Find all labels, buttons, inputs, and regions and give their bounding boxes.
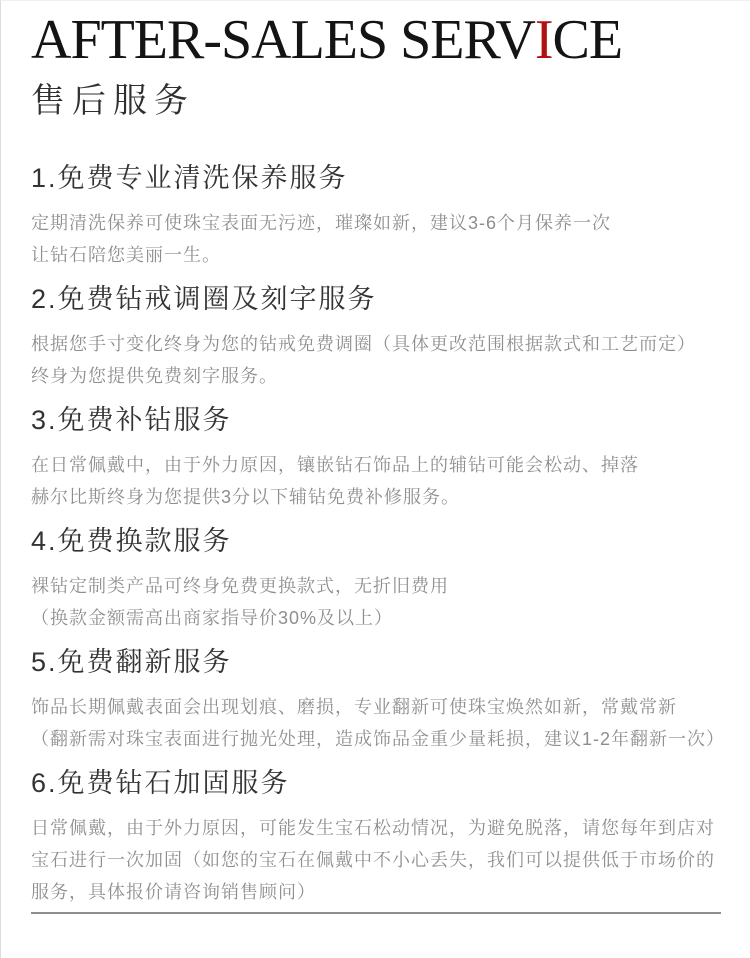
service-section-1: 1.免费专业清洗保养服务 定期清洗保养可使珠宝表面无污迹，璀璨如新，建议3-6个… xyxy=(31,163,720,271)
section-body-line: 在日常佩戴中，由于外力原因，镶嵌钻石饰品上的辅钻可能会松动、掉落 xyxy=(31,449,720,481)
section-body-line: 赫尔比斯终身为您提供3分以下辅钻免费补修服务。 xyxy=(31,481,720,513)
service-section-2: 2.免费钻戒调圈及刻字服务 根据您手寸变化终身为您的钻戒免费调圈（具体更改范围根… xyxy=(31,284,720,392)
section-body-line: 日常佩戴，由于外力原因，可能发生宝石松动情况，为避免脱落，请您每年到店对 xyxy=(31,812,720,844)
after-sales-service-page: AFTER-SALES SERVICE 售后服务 1.免费专业清洗保养服务 定期… xyxy=(0,0,750,958)
section-heading: 1.免费专业清洗保养服务 xyxy=(31,163,720,193)
service-section-6: 6.免费钻石加固服务 日常佩戴，由于外力原因，可能发生宝石松动情况，为避免脱落，… xyxy=(31,768,720,908)
section-body-line: （翻新需对珠宝表面进行抛光处理，造成饰品金重少量耗损，建议1-2年翻新一次） xyxy=(31,723,720,755)
section-heading: 4.免费换款服务 xyxy=(31,526,720,556)
section-body-line: （换款金额需高出商家指导价30%及以上） xyxy=(31,602,720,634)
service-section-4: 4.免费换款服务 裸钻定制类产品可终身免费更换款式，无折旧费用 （换款金额需高出… xyxy=(31,526,720,634)
section-heading: 5.免费翻新服务 xyxy=(31,647,720,677)
service-sections: 1.免费专业清洗保养服务 定期清洗保养可使珠宝表面无污迹，璀璨如新，建议3-6个… xyxy=(31,163,720,908)
title-en-red-letter: I xyxy=(535,9,553,71)
section-body-line: 裸钻定制类产品可终身免费更换款式，无折旧费用 xyxy=(31,570,720,602)
section-heading: 3.免费补钻服务 xyxy=(31,405,720,435)
title-en-after: CE xyxy=(552,9,622,71)
section-body-line: 服务，具体报价请咨询销售顾问） xyxy=(31,876,720,908)
section-heading: 6.免费钻石加固服务 xyxy=(31,768,720,798)
title-en-before: AFTER-SALES SERV xyxy=(31,9,535,71)
page-title-chinese: 售后服务 xyxy=(31,83,720,119)
section-body-line: 饰品长期佩戴表面会出现划痕、磨损，专业翻新可使珠宝焕然如新，常戴常新 xyxy=(31,691,720,723)
service-section-3: 3.免费补钻服务 在日常佩戴中，由于外力原因，镶嵌钻石饰品上的辅钻可能会松动、掉… xyxy=(31,405,720,513)
section-body-line: 宝石进行一次加固（如您的宝石在佩戴中不小心丢失，我们可以提供低于市场价的 xyxy=(31,844,720,876)
bottom-divider xyxy=(31,912,721,914)
page-title-english: AFTER-SALES SERVICE xyxy=(31,11,720,69)
section-body-line: 根据您手寸变化终身为您的钻戒免费调圈（具体更改范围根据款式和工艺而定） xyxy=(31,328,720,360)
section-body-line: 让钻石陪您美丽一生。 xyxy=(31,239,720,271)
section-body-line: 定期清洗保养可使珠宝表面无污迹，璀璨如新，建议3-6个月保养一次 xyxy=(31,207,720,239)
section-body-line: 终身为您提供免费刻字服务。 xyxy=(31,360,720,392)
section-heading: 2.免费钻戒调圈及刻字服务 xyxy=(31,284,720,314)
service-section-5: 5.免费翻新服务 饰品长期佩戴表面会出现划痕、磨损，专业翻新可使珠宝焕然如新，常… xyxy=(31,647,720,755)
